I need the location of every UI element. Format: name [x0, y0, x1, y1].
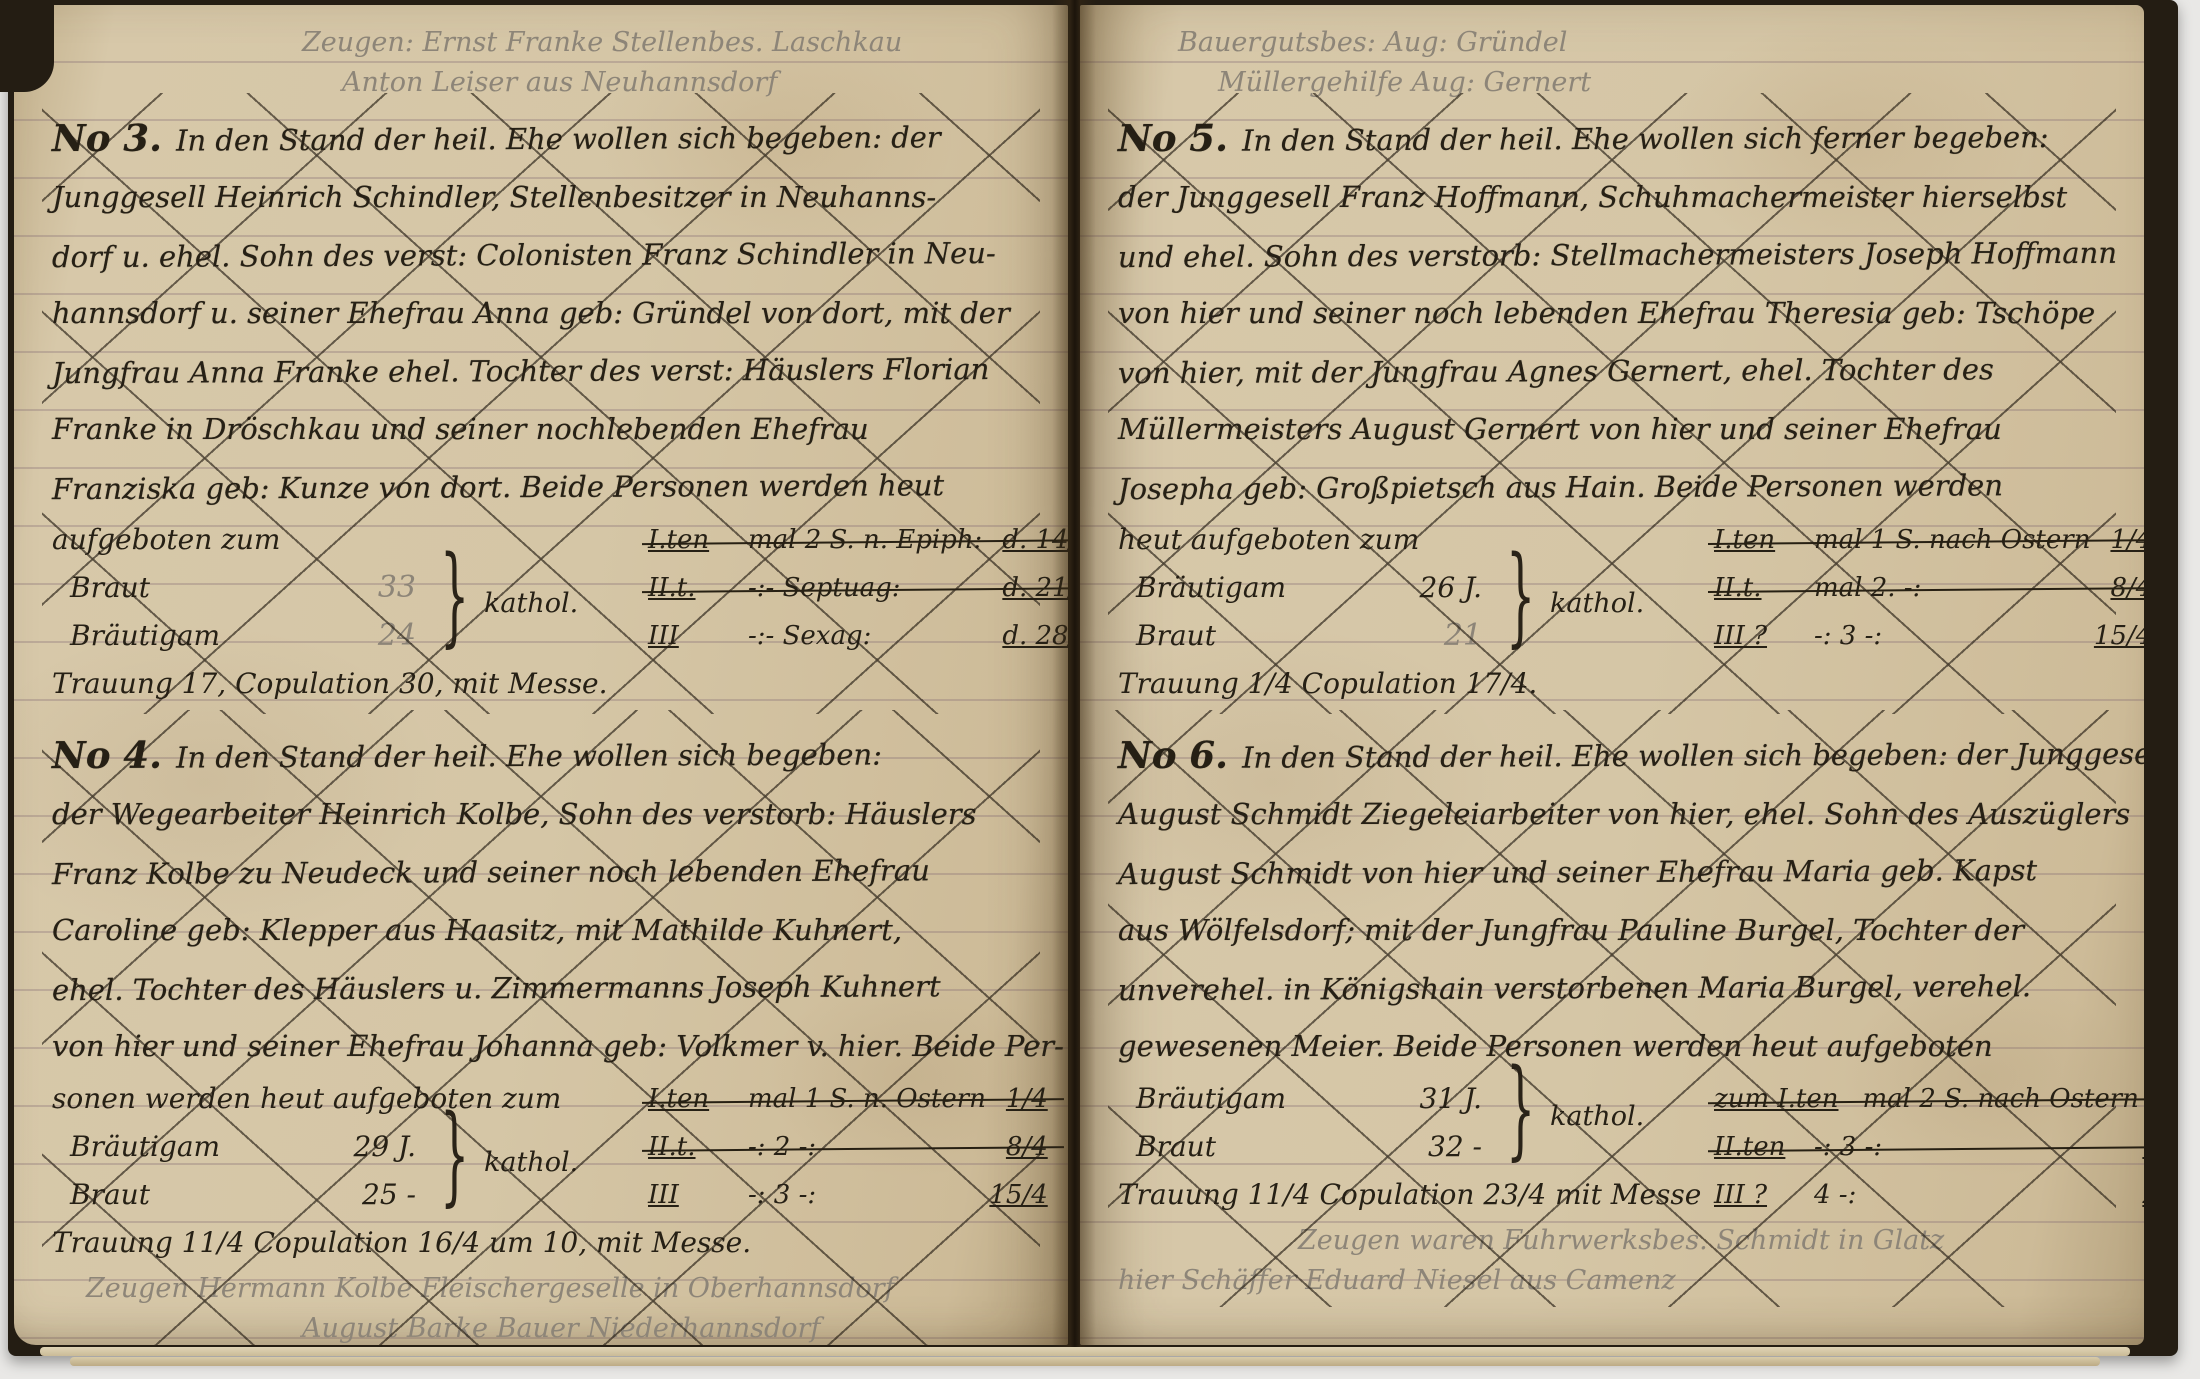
age-row: Braut 25 -	[52, 1171, 462, 1219]
age-label: Braut	[1136, 612, 1216, 660]
banns-text: mal 2 S. n. Epiph:	[748, 516, 982, 564]
pencil-line: Bauergutsbes: Aug: Gründel	[1178, 23, 2110, 63]
entry-line: No 4.In den Stand der heil. Ehe wollen s…	[52, 722, 1034, 787]
banns-date: 15/4	[989, 1171, 1068, 1219]
banns-block: I.ten mal 1 S. n. Ostern 1/4 II.t. -: 2 …	[648, 1075, 1068, 1219]
banns-text: mal 1 S. nach Ostern	[1814, 516, 2090, 564]
witness-note: Zeugen Hermann Kolbe Fleischergeselle in…	[52, 1269, 1034, 1345]
entry-number: No 4.	[52, 733, 162, 777]
pencil-line: Anton Leiser aus Neuhannsdorf	[342, 63, 1034, 103]
banns-roman: I.ten	[648, 1075, 724, 1123]
banns-roman: III ?	[1714, 1171, 1790, 1219]
banns-roman: III ?	[1714, 612, 1790, 660]
age-row: Bräutigam 26 J.	[1118, 564, 1528, 612]
pencil-line: Müllergehilfe Aug: Gernert	[1218, 63, 2110, 103]
entry-line: und ehel. Sohn des verstorb: Stellmacher…	[1118, 224, 2110, 286]
entry-line: unverehel. in Königshain verstorbenen Ma…	[1118, 957, 2110, 1019]
entry-line: No 6.In den Stand der heil. Ehe wollen s…	[1118, 722, 2110, 787]
banns-row-2: II.t. -:- Septuag: d. 21/94	[648, 564, 1068, 612]
entry-line: August Schmidt von hier und seiner Ehefr…	[1118, 841, 2110, 903]
age-label: Bräutigam	[1136, 564, 1286, 612]
entry-line: aus Wölfelsdorf; mit der Jungfrau Paulin…	[1118, 901, 2110, 959]
banns-row-1: I.ten mal 2 S. n. Epiph: d. 14/94	[648, 516, 1068, 564]
banns-text: mal 1 S. n. Ostern	[748, 1075, 986, 1123]
pencil-note-top-left: Zeugen: Ernst Franke Stellenbes. Laschka…	[302, 23, 1034, 107]
banns-text: -: 3 -:	[1814, 612, 1882, 660]
age-label: Bräutigam	[70, 612, 220, 660]
entry-line: hannsdorf u. seiner Ehefrau Anna geb: Gr…	[52, 284, 1034, 342]
banns-text: 4 -:	[1814, 1171, 1856, 1219]
witness-line: Zeugen Hermann Kolbe Fleischergeselle in…	[86, 1269, 1034, 1309]
entry-line: gewesenen Meier. Beide Personen werden h…	[1118, 1017, 2110, 1075]
banns-date: 8/4	[2110, 564, 2144, 612]
entry-line: Josepha geb: Großpietsch aus Hain. Beide…	[1118, 456, 2110, 518]
banns-text: -: 3 -:	[1814, 1123, 1882, 1171]
cover-corner	[0, 0, 54, 92]
entry-line: der Wegearbeiter Heinrich Kolbe, Sohn de…	[52, 785, 1034, 843]
banns-block: I.ten mal 2 S. n. Epiph: d. 14/94 II.t. …	[648, 516, 1068, 660]
entry-footer: Bräutigam 31 J. Braut 32 - Trauung 11/4 …	[1118, 1075, 2110, 1219]
banns-roman: II.t.	[648, 1123, 724, 1171]
banns-date: 8/4	[1006, 1123, 1068, 1171]
age-label: Bräutigam	[1136, 1075, 1286, 1123]
entry-number: No 6.	[1118, 733, 1228, 777]
banns-date: 15/4	[2142, 1123, 2144, 1171]
entry-line: von hier, mit der Jungfrau Agnes Gernert…	[1118, 340, 2110, 402]
entry-no3: No 3.In den Stand der heil. Ehe wollen s…	[52, 107, 1034, 708]
banns-row-3: III ? 4 -: 22/4	[1714, 1171, 2144, 1219]
religion-label: kathol.	[484, 588, 578, 619]
banns-row-2: II.t. mal 2. -: 8/4	[1714, 564, 2144, 612]
pencil-line: Zeugen: Ernst Franke Stellenbes. Laschka…	[302, 23, 1034, 63]
banns-text: -:- Septuag:	[748, 564, 901, 612]
page-left: Zeugen: Ernst Franke Stellenbes. Laschka…	[14, 5, 1068, 1345]
witness-line: hier Schäffer Eduard Niesel aus Camenz	[1118, 1261, 2110, 1301]
entry-no5: No 5.In den Stand der heil. Ehe wollen s…	[1118, 107, 2110, 708]
entry-line: Junggesell Heinrich Schindler, Stellenbe…	[52, 168, 1034, 226]
entry-footer: sonen werden heut aufgeboten zum Bräutig…	[52, 1075, 1034, 1267]
entry-footer: aufgeboten zum Braut 33 Bräutigam 24 Tra…	[52, 516, 1034, 708]
banns-date: 1/4	[2110, 516, 2144, 564]
banns-roman: I.ten	[648, 516, 724, 564]
banns-date: d. 14/94	[1002, 516, 1068, 564]
age-row: Braut 33	[52, 564, 462, 612]
banns-row-1: I.ten mal 1 S. n. Ostern 1/4	[648, 1075, 1068, 1123]
age-row: Bräutigam 31 J.	[1118, 1075, 1528, 1123]
banns-roman: III	[648, 612, 724, 660]
banns-row-3: III ? -: 3 -: 15/4	[1714, 612, 2144, 660]
entry-line: ehel. Tochter des Häuslers u. Zimmermann…	[52, 957, 1034, 1019]
entry-line: August Schmidt Ziegeleiarbeiter von hier…	[1118, 785, 2110, 843]
banns-roman: III	[648, 1171, 724, 1219]
banns-roman: II.t.	[648, 564, 724, 612]
entry-line: dorf u. ehel. Sohn des verst: Colonisten…	[52, 224, 1034, 286]
page-right: Bauergutsbes: Aug: Gründel Müllergehilfe…	[1080, 5, 2144, 1345]
entry-line-text: In den Stand der heil. Ehe wollen sich b…	[176, 120, 941, 157]
banns-text: -: 2 -:	[748, 1123, 816, 1171]
banns-row-3: III -:- Sexag: d. 28/94	[648, 612, 1068, 660]
religion-label: kathol.	[484, 1147, 578, 1178]
entry-line-text: In den Stand der heil. Ehe wollen sich b…	[1242, 737, 2144, 775]
page-edge-stack	[70, 1357, 2100, 1366]
banns-block: I.ten mal 1 S. nach Ostern 1/4 II.t. mal…	[1714, 516, 2144, 660]
banns-text: mal 2. -:	[1814, 564, 1921, 612]
trauung-line: Trauung 1/4 Copulation 17/4.	[1118, 660, 1714, 708]
entry-line: Jungfrau Anna Franke ehel. Tochter des v…	[52, 340, 1034, 402]
banns-roman: zum I.ten	[1714, 1075, 1838, 1123]
register-scan: Zeugen: Ernst Franke Stellenbes. Laschka…	[0, 0, 2200, 1379]
banns-date: d. 28/94	[1002, 612, 1068, 660]
entry-line: von hier und seiner Ehefrau Johanna geb:…	[52, 1017, 1034, 1075]
banns-roman: I.ten	[1714, 516, 1790, 564]
banns-row-1: zum I.ten mal 2 S. nach Ostern 8/4	[1714, 1075, 2144, 1123]
banns-date: 15/4	[2094, 612, 2144, 660]
banns-date: d. 21/94	[1002, 564, 1068, 612]
trauung-line: Trauung 11/4 Copulation 16/4 um 10, mit …	[52, 1219, 648, 1267]
banns-row-3: III -: 3 -: 15/4	[648, 1171, 1068, 1219]
entry-footer: heut aufgeboten zum Bräutigam 26 J. Brau…	[1118, 516, 2110, 708]
trauung-line: Trauung 11/4 Copulation 23/4 mit Messe	[1118, 1171, 1714, 1219]
pencil-note-top-right: Bauergutsbes: Aug: Gründel Müllergehilfe…	[1178, 23, 2110, 107]
brace-glyph: }	[440, 1091, 469, 1218]
entry-line: Franz Kolbe zu Neudeck und seiner noch l…	[52, 841, 1034, 903]
entry-line-text: In den Stand der heil. Ehe wollen sich b…	[176, 738, 882, 775]
age-label: Braut	[70, 564, 150, 612]
entry-line: der Junggesell Franz Hoffmann, Schuhmach…	[1118, 168, 2110, 226]
banns-row-2: II.ten -: 3 -: 15/4	[1714, 1123, 2144, 1171]
banns-date: 1/4	[1006, 1075, 1068, 1123]
age-label: Braut	[1136, 1123, 1216, 1171]
witness-line: August Barke Bauer Niederhannsdorf	[302, 1309, 1034, 1345]
banns-roman: II.t.	[1714, 564, 1790, 612]
entry-line: No 5.In den Stand der heil. Ehe wollen s…	[1118, 105, 2110, 170]
banns-text: -:- Sexag:	[748, 612, 871, 660]
age-row: Bräutigam 29 J.	[52, 1123, 462, 1171]
banns-text: -: 3 -:	[748, 1171, 816, 1219]
aufgeboten-line: sonen werden heut aufgeboten zum	[52, 1075, 648, 1123]
aufgeboten-line: aufgeboten zum	[52, 516, 648, 564]
page-right-content: Bauergutsbes: Aug: Gründel Müllergehilfe…	[1080, 5, 2144, 1345]
entry-no6: No 6.In den Stand der heil. Ehe wollen s…	[1118, 724, 2110, 1301]
brace-glyph: }	[1506, 532, 1535, 659]
brace-glyph: }	[1506, 1045, 1535, 1172]
entry-line-text: In den Stand der heil. Ehe wollen sich f…	[1242, 120, 2049, 158]
banns-text: mal 2 S. nach Ostern	[1862, 1075, 2138, 1123]
trauung-line: Trauung 17, Copulation 30, mit Messe.	[52, 660, 648, 708]
brace-glyph: }	[440, 532, 469, 659]
age-label: Bräutigam	[70, 1123, 220, 1171]
religion-label: kathol.	[1550, 1101, 1644, 1132]
religion-label: kathol.	[1550, 588, 1644, 619]
page-left-content: Zeugen: Ernst Franke Stellenbes. Laschka…	[14, 5, 1068, 1345]
banns-block: zum I.ten mal 2 S. nach Ostern 8/4 II.te…	[1714, 1075, 2144, 1219]
aufgeboten-line: heut aufgeboten zum	[1118, 516, 1714, 564]
banns-row-2: II.t. -: 2 -: 8/4	[648, 1123, 1068, 1171]
banns-date: 22/4	[2142, 1171, 2144, 1219]
entry-line: von hier und seiner noch lebenden Ehefra…	[1118, 284, 2110, 342]
entry-number: No 3.	[52, 116, 162, 160]
entry-no4: No 4.In den Stand der heil. Ehe wollen s…	[52, 724, 1034, 1345]
witness-note: Zeugen waren Fuhrwerksbes. Schmidt in Gl…	[1118, 1221, 2110, 1301]
entry-line: No 3.In den Stand der heil. Ehe wollen s…	[52, 105, 1034, 170]
banns-roman: II.ten	[1714, 1123, 1790, 1171]
age-row: Braut 32 -	[1118, 1123, 1528, 1171]
banns-row-1: I.ten mal 1 S. nach Ostern 1/4	[1714, 516, 2144, 564]
entry-line: Caroline geb: Klepper aus Haasitz, mit M…	[52, 901, 1034, 959]
age-row: Bräutigam 24	[52, 612, 462, 660]
entry-line: Franziska geb: Kunze von dort. Beide Per…	[52, 456, 1034, 518]
page-edge-stack	[40, 1347, 2130, 1356]
age-row: Braut 21	[1118, 612, 1528, 660]
age-label: Braut	[70, 1171, 150, 1219]
witness-line: Zeugen waren Fuhrwerksbes. Schmidt in Gl…	[1298, 1221, 2110, 1261]
entry-number: No 5.	[1118, 116, 1228, 160]
entry-line: Müllermeisters August Gernert von hier u…	[1118, 400, 2110, 458]
entry-line: Franke in Dröschkau und seiner nochleben…	[52, 400, 1034, 458]
